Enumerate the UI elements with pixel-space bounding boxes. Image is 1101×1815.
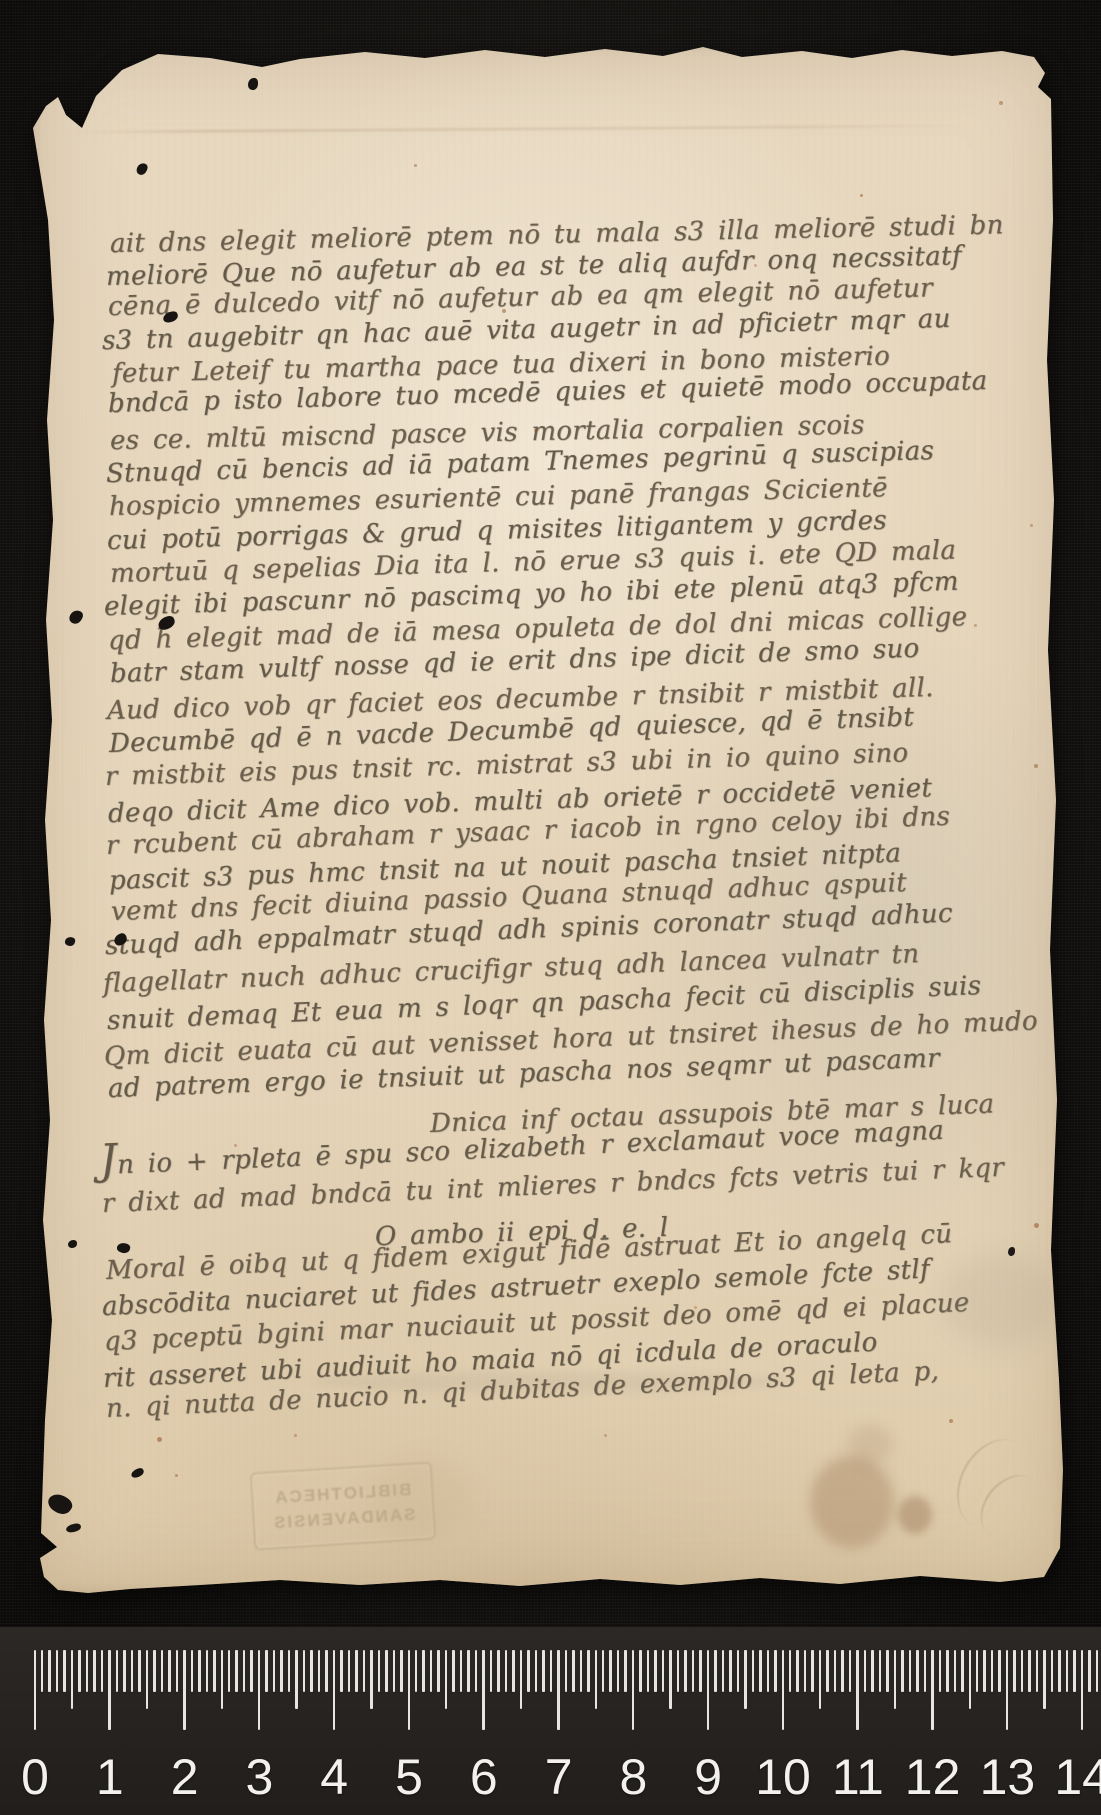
rust-speck xyxy=(234,1144,237,1147)
ruler-tick xyxy=(378,1650,381,1692)
ruler-tick xyxy=(325,1650,328,1692)
ruler-tick xyxy=(1081,1650,1084,1730)
ruler-tick xyxy=(961,1650,964,1692)
ruler-tick xyxy=(108,1650,111,1730)
stain xyxy=(942,1254,1058,1346)
rust-speck xyxy=(294,1434,297,1437)
ruler-tick xyxy=(804,1650,807,1692)
ruler-tick xyxy=(288,1650,291,1692)
ruler-tick xyxy=(550,1650,553,1692)
ruler-tick xyxy=(677,1650,680,1692)
ruler-tick xyxy=(333,1650,336,1730)
ruler-tick xyxy=(310,1650,313,1692)
rust-speck xyxy=(949,1419,953,1423)
ruler-tick xyxy=(983,1650,986,1692)
ruler-tick xyxy=(400,1650,403,1692)
ruler-tick xyxy=(595,1650,598,1709)
ruler-label: 0 xyxy=(21,1748,49,1806)
ruler-tick xyxy=(542,1650,545,1692)
ruler-tick xyxy=(662,1650,665,1692)
ruler-tick xyxy=(41,1650,44,1692)
ruler-tick xyxy=(512,1650,515,1692)
ruler-tick xyxy=(909,1650,912,1692)
manuscript-text: ait dns elegit meliorē ptem nō tu mala s… xyxy=(30,42,1066,1596)
ruler-tick xyxy=(587,1650,590,1692)
rust-speck xyxy=(534,429,537,432)
ruler-tick xyxy=(632,1650,635,1730)
ruler-tick xyxy=(183,1650,186,1730)
ruler-tick xyxy=(235,1650,238,1692)
ruler-tick xyxy=(782,1650,785,1730)
ruler-tick xyxy=(393,1650,396,1692)
ruler-tick xyxy=(1058,1650,1061,1692)
ruler-tick xyxy=(265,1650,268,1692)
ruler-tick xyxy=(617,1650,620,1692)
ruler-tick xyxy=(460,1650,463,1692)
ruler-tick xyxy=(864,1650,867,1692)
ruler-tick xyxy=(243,1650,246,1692)
ruler-tick xyxy=(318,1650,321,1692)
worm-hole xyxy=(68,1240,77,1248)
ruler-tick xyxy=(228,1650,231,1692)
ruler-label: 2 xyxy=(171,1748,199,1806)
stain xyxy=(848,1425,892,1465)
ruler-tick xyxy=(849,1650,852,1692)
ruler-tick xyxy=(415,1650,418,1692)
ruler-label: 12 xyxy=(905,1748,961,1806)
digitized-manuscript-photo: ait dns elegit meliorē ptem nō tu mala s… xyxy=(0,0,1101,1815)
ruler-tick xyxy=(176,1650,179,1692)
ruler-tick xyxy=(1066,1650,1069,1692)
rust-speck xyxy=(1030,524,1033,527)
ruler-tick xyxy=(475,1650,478,1692)
ruler-label: 8 xyxy=(619,1748,647,1806)
ruler-scale: 01234567891011121314 xyxy=(0,1627,1101,1815)
ruler-label: 11 xyxy=(832,1748,884,1806)
rust-speck xyxy=(157,1437,162,1442)
ruler-tick xyxy=(1073,1650,1076,1692)
stain xyxy=(368,1460,472,1540)
ruler-tick xyxy=(669,1650,672,1709)
ruler-tick xyxy=(445,1650,448,1709)
ruler-tick xyxy=(901,1650,904,1692)
ruler-tick xyxy=(916,1650,919,1692)
ruler-tick xyxy=(1036,1650,1039,1692)
ruler-tick xyxy=(295,1650,298,1709)
ruler-tick xyxy=(131,1650,134,1692)
ruler-tick xyxy=(789,1650,792,1692)
ruler-tick xyxy=(1043,1650,1046,1709)
ruler-tick xyxy=(811,1650,814,1692)
ruler-tick xyxy=(303,1650,306,1692)
ruler-label: 10 xyxy=(755,1748,811,1806)
ruler-tick xyxy=(1096,1650,1099,1692)
ruler-tick xyxy=(101,1650,104,1692)
ruler-tick xyxy=(692,1650,695,1692)
manuscript-page-wrap: ait dns elegit meliorē ptem nō tu mala s… xyxy=(30,42,1066,1596)
ruler-tick xyxy=(834,1650,837,1692)
ruler-tick xyxy=(602,1650,605,1692)
ruler-tick xyxy=(654,1650,657,1692)
ruler-label: 4 xyxy=(320,1748,348,1806)
ruler-tick xyxy=(408,1650,411,1730)
ruler-tick xyxy=(565,1650,568,1692)
ruler-tick xyxy=(56,1650,59,1692)
rust-speck xyxy=(999,101,1003,105)
ruler-tick xyxy=(93,1650,96,1692)
ruler-tick xyxy=(796,1650,799,1692)
ruler-tick xyxy=(1021,1650,1024,1692)
ruler-tick xyxy=(924,1650,927,1692)
ruler-tick xyxy=(639,1650,642,1692)
ruler-tick xyxy=(116,1650,119,1692)
ruler-label: 7 xyxy=(545,1748,573,1806)
rust-speck xyxy=(380,742,382,744)
ruler-tick xyxy=(422,1650,425,1692)
ruler-tick xyxy=(1051,1650,1054,1692)
ruler-tick xyxy=(699,1650,702,1692)
ruler-tick xyxy=(363,1650,366,1692)
rust-speck xyxy=(860,194,863,197)
rust-speck xyxy=(1034,1223,1039,1228)
ruler-tick xyxy=(841,1650,844,1692)
ruler-tick xyxy=(78,1650,81,1692)
ruler-tick xyxy=(572,1650,575,1692)
ruler-tick xyxy=(467,1650,470,1692)
ruler-tick xyxy=(580,1650,583,1692)
ruler-tick xyxy=(714,1650,717,1692)
ruler-tick xyxy=(48,1650,51,1692)
ruler-tick xyxy=(250,1650,253,1692)
stain xyxy=(898,1496,932,1534)
ruler-tick xyxy=(161,1650,164,1692)
ruler-tick xyxy=(437,1650,440,1692)
ruler-tick xyxy=(624,1650,627,1692)
ruler-tick xyxy=(71,1650,74,1709)
ruler-label: 5 xyxy=(395,1748,423,1806)
rust-speck xyxy=(650,522,652,524)
ruler-tick xyxy=(505,1650,508,1692)
ruler-tick xyxy=(146,1650,149,1709)
ruler-tick xyxy=(647,1650,650,1692)
ruler-tick xyxy=(737,1650,740,1692)
ruler-tick xyxy=(86,1650,89,1692)
ruler-tick xyxy=(767,1650,770,1692)
ruler-tick xyxy=(894,1650,897,1709)
rust-speck xyxy=(974,624,977,627)
ruler-tick xyxy=(946,1650,949,1692)
ruler-tick xyxy=(535,1650,538,1692)
rust-speck xyxy=(754,264,757,267)
ruler-tick xyxy=(191,1650,194,1692)
ruler-tick xyxy=(557,1650,560,1730)
ruler-tick xyxy=(527,1650,530,1692)
ruler-tick xyxy=(752,1650,755,1692)
ruler-label: 9 xyxy=(694,1748,722,1806)
ruler-tick xyxy=(340,1650,343,1692)
ruler-tick xyxy=(774,1650,777,1692)
ruler-tick xyxy=(520,1650,523,1709)
rust-speck xyxy=(514,1366,517,1369)
ruler-tick xyxy=(168,1650,171,1692)
ruler-tick xyxy=(490,1650,493,1692)
ruler-tick xyxy=(258,1650,261,1730)
manuscript-page: ait dns elegit meliorē ptem nō tu mala s… xyxy=(30,42,1066,1596)
ruler-tick xyxy=(684,1650,687,1692)
ruler-tick xyxy=(430,1650,433,1692)
rust-speck xyxy=(502,309,506,313)
ruler-tick xyxy=(1006,1650,1009,1730)
ruler-tick xyxy=(280,1650,283,1692)
ruler-tick xyxy=(206,1650,209,1692)
stain xyxy=(310,1372,790,1392)
ruler-label: 3 xyxy=(245,1748,273,1806)
ruler-tick xyxy=(931,1650,934,1730)
ruler-tick xyxy=(348,1650,351,1692)
ruler-tick xyxy=(34,1650,37,1730)
ruler-tick xyxy=(954,1650,957,1692)
ruler-tick xyxy=(198,1650,201,1692)
ruler-tick xyxy=(497,1650,500,1692)
ruler-tick xyxy=(856,1650,859,1730)
ruler-tick xyxy=(1028,1650,1031,1692)
stain xyxy=(810,1456,894,1548)
ruler-tick xyxy=(63,1650,66,1692)
ruler-tick xyxy=(759,1650,762,1692)
rust-speck xyxy=(1034,764,1038,768)
ruler-tick xyxy=(729,1650,732,1692)
ruler-tick xyxy=(213,1650,216,1692)
rust-speck xyxy=(604,1434,607,1437)
ruler-tick xyxy=(879,1650,882,1692)
ruler-tick xyxy=(969,1650,972,1709)
ruler-tick xyxy=(385,1650,388,1692)
ruler-label: 13 xyxy=(980,1748,1036,1806)
ruler-tick xyxy=(452,1650,455,1692)
ruler-tick xyxy=(482,1650,485,1730)
ruler-tick xyxy=(826,1650,829,1692)
ruler-tick xyxy=(138,1650,141,1692)
ruler-tick xyxy=(744,1650,747,1709)
rust-speck xyxy=(414,164,417,167)
ruler-label: 6 xyxy=(470,1748,498,1806)
ruler-tick xyxy=(939,1650,942,1692)
ruler-tick xyxy=(1013,1650,1016,1692)
ruler-tick xyxy=(1088,1650,1091,1692)
ruler-tick xyxy=(707,1650,710,1730)
ruler-tick xyxy=(221,1650,224,1709)
ruler-tick xyxy=(722,1650,725,1692)
ruler-tick xyxy=(355,1650,358,1692)
ruler-tick xyxy=(370,1650,373,1709)
rust-speck xyxy=(175,1474,178,1477)
rust-speck xyxy=(694,1306,697,1309)
ruler-tick xyxy=(609,1650,612,1692)
ruler-tick xyxy=(123,1650,126,1692)
ruler-tick xyxy=(976,1650,979,1692)
ruler-label: 1 xyxy=(96,1748,124,1806)
ruler-tick xyxy=(871,1650,874,1692)
ruler-label: 14 xyxy=(1054,1748,1101,1806)
ruler-tick xyxy=(153,1650,156,1692)
ruler-tick xyxy=(991,1650,994,1692)
ruler-tick xyxy=(998,1650,1001,1692)
ruler-tick xyxy=(819,1650,822,1709)
ruler-tick xyxy=(886,1650,889,1692)
ruler-tick xyxy=(273,1650,276,1692)
